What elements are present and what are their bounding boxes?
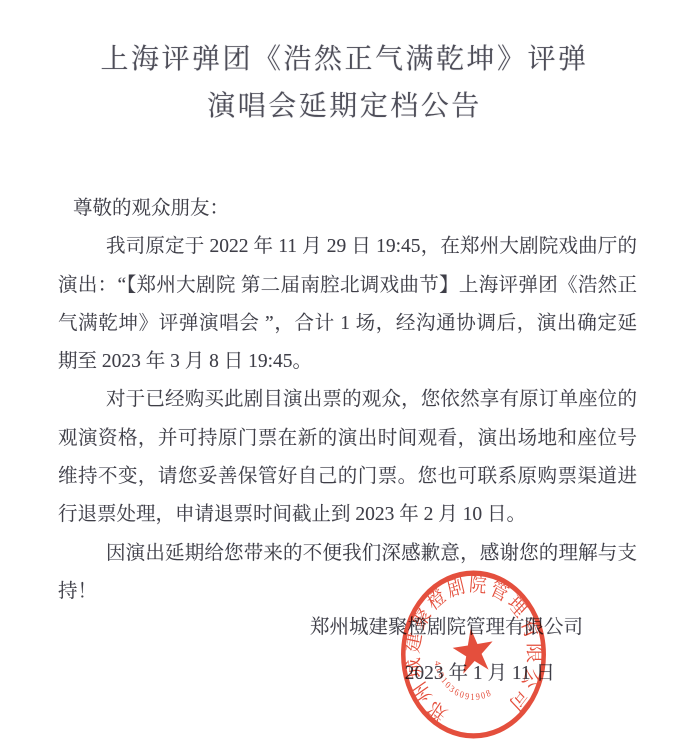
paragraph-apology: 因演出延期给您带来的不便我们深感歉意，感谢您的理解与支持！ — [58, 535, 637, 612]
paragraph-original-schedule: 我司原定于 2022 年 11 月 29 日 19:45，在郑州大剧院戏曲厅的演… — [58, 228, 637, 381]
announcement-document: 上海评弹团《浩然正气满乾坤》评弹 演唱会延期定档公告 尊敬的观众朋友： 我司原定… — [0, 0, 689, 743]
company-seal-stamp: 郑州城建聚橙剧院管理有限公司 4101036091908 — [398, 567, 549, 742]
document-title-line2: 演唱会延期定档公告 — [0, 83, 689, 130]
star-icon — [451, 625, 496, 675]
document-body: 尊敬的观众朋友： 我司原定于 2022 年 11 月 29 日 19:45，在郑… — [58, 190, 637, 611]
salutation: 尊敬的观众朋友： — [58, 190, 637, 228]
document-title-line1: 上海评弹团《浩然正气满乾坤》评弹 — [0, 36, 689, 83]
document-title: 上海评弹团《浩然正气满乾坤》评弹 演唱会延期定档公告 — [0, 36, 689, 130]
paragraph-ticket-policy: 对于已经购买此剧目演出票的观众，您依然享有原订单座位的观演资格，并可持原门票在新… — [58, 381, 637, 534]
